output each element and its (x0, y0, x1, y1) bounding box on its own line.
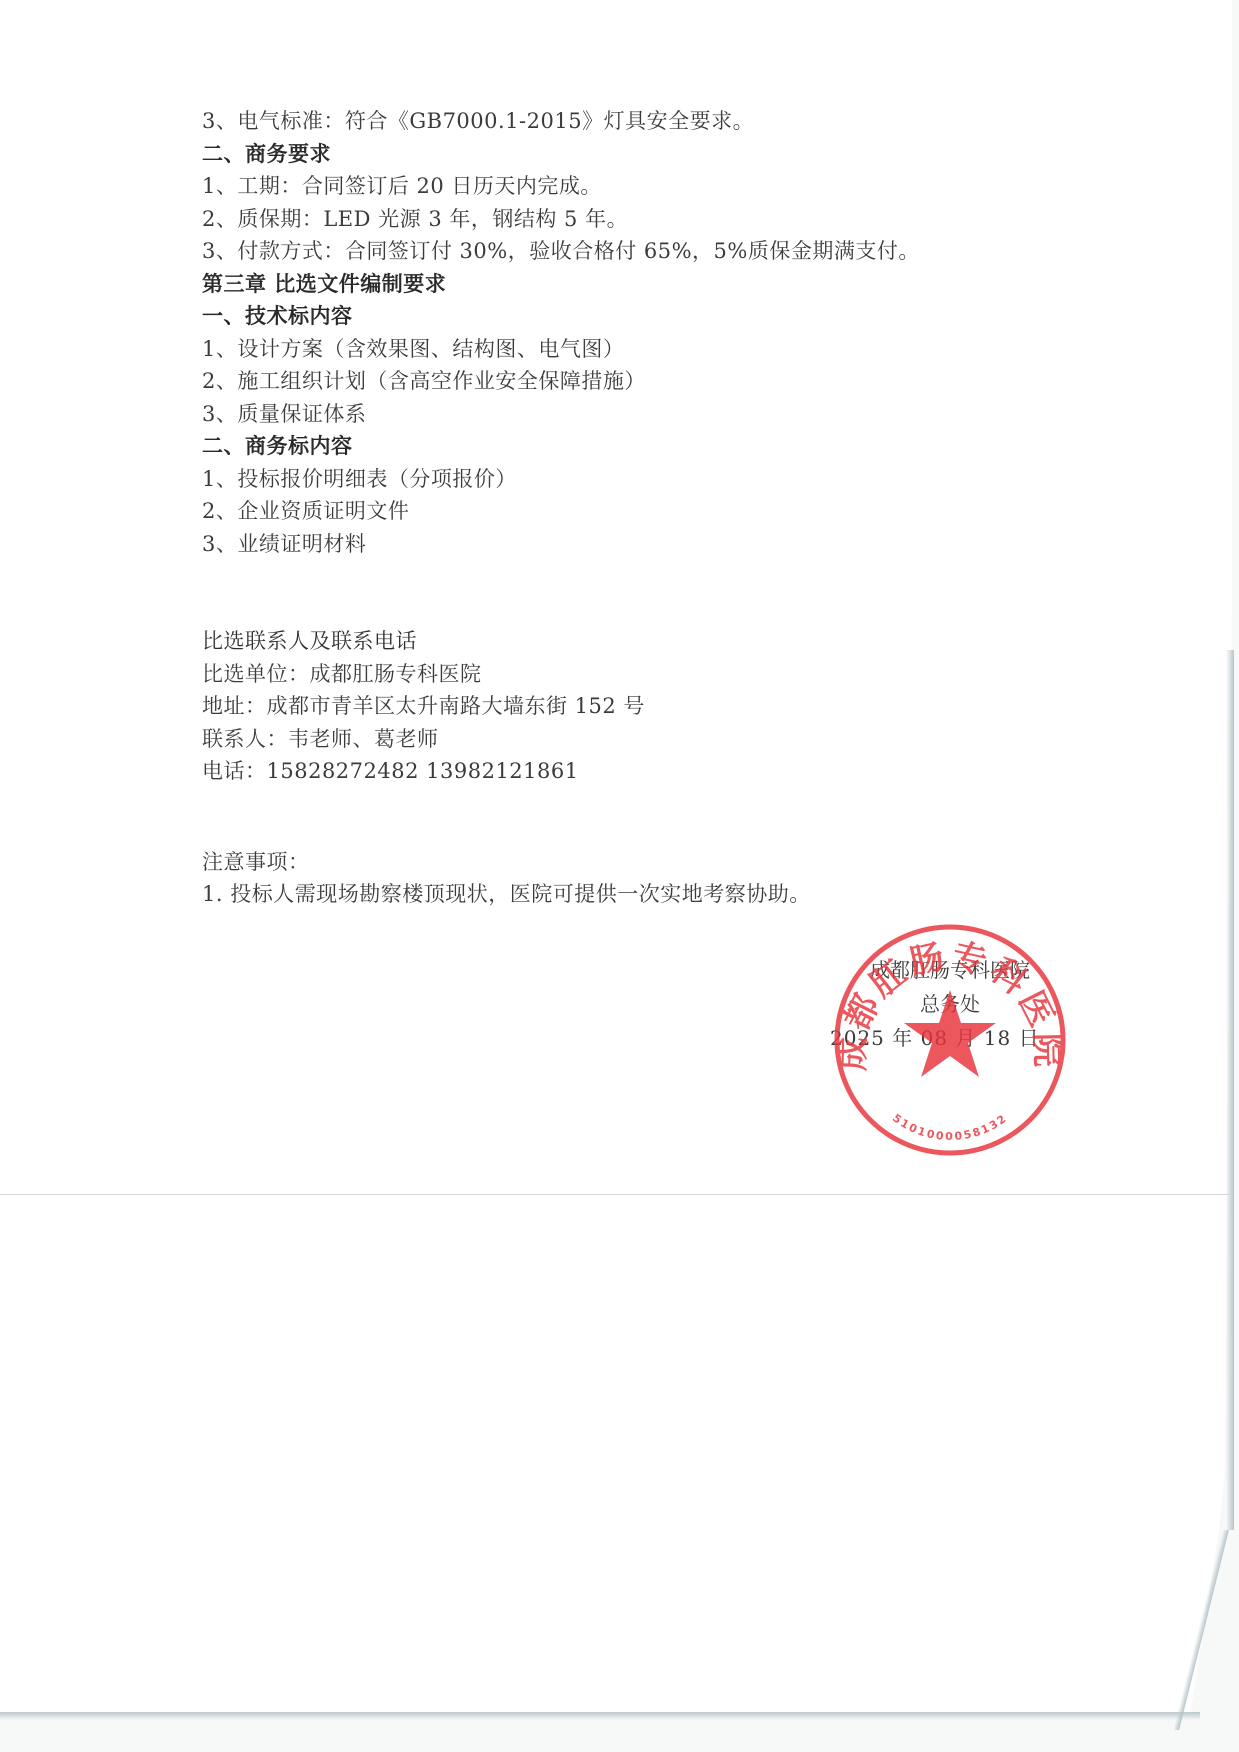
business-item-price-list: 1、投标报价明细表（分项报价） (202, 463, 1102, 496)
contact-phone: 电话：15828272482 13982121861 (202, 755, 1102, 788)
requirement-schedule: 1、工期：合同签订后 20 日历天内完成。 (202, 170, 1102, 203)
signature-department: 总务处 (830, 987, 1070, 1021)
contact-section: 比选联系人及联系电话 比选单位：成都肛肠专科医院 地址：成都市青羊区太升南路大墙… (202, 625, 1102, 788)
section-heading-business-requirements: 二、商务要求 (202, 138, 1102, 171)
requirement-warranty: 2、质保期：LED 光源 3 年，钢结构 5 年。 (202, 203, 1102, 236)
contact-address: 地址：成都市青羊区太升南路大墙东街 152 号 (202, 690, 1102, 723)
signature-date: 2025 年 08 月 18 日 (830, 1021, 1070, 1055)
technical-item-design-plan: 1、设计方案（含效果图、结构图、电气图） (202, 333, 1102, 366)
contact-unit: 比选单位：成都肛肠专科医院 (202, 658, 1102, 691)
notes-title: 注意事项： (202, 846, 1102, 879)
contact-title: 比选联系人及联系电话 (202, 625, 1102, 658)
page-edge-shadow (1226, 650, 1234, 1530)
chapter-heading-bid-documents: 第三章 比选文件编制要求 (202, 268, 1102, 301)
business-item-qualification: 2、企业资质证明文件 (202, 495, 1102, 528)
requirement-payment-terms: 3、付款方式：合同签订付 30%，验收合格付 65%，5%质保金期满支付。 (202, 235, 1102, 268)
business-item-performance: 3、业绩证明材料 (202, 528, 1102, 561)
notes-item: 1. 投标人需现场勘察楼顶现状，医院可提供一次实地考察协助。 (202, 878, 1102, 911)
section-heading-business-bid: 二、商务标内容 (202, 430, 1102, 463)
requirement-electrical-standard: 3、电气标准：符合《GB7000.1-2015》灯具安全要求。 (202, 105, 1102, 138)
document-body: 3、电气标准：符合《GB7000.1-2015》灯具安全要求。 二、商务要求 1… (202, 105, 1102, 911)
scan-fold-line (0, 1194, 1232, 1195)
section-heading-technical-bid: 一、技术标内容 (202, 300, 1102, 333)
notes-section: 注意事项： 1. 投标人需现场勘察楼顶现状，医院可提供一次实地考察协助。 (202, 846, 1102, 911)
technical-item-construction-plan: 2、施工组织计划（含高空作业安全保障措施） (202, 365, 1102, 398)
contact-person: 联系人：韦老师、葛老师 (202, 723, 1102, 756)
technical-item-quality-system: 3、质量保证体系 (202, 398, 1102, 431)
signature-block: 成都肛肠专科医院 总务处 2025 年 08 月 18 日 (830, 953, 1070, 1055)
signature-organization: 成都肛肠专科医院 (830, 953, 1070, 987)
page-bottom-shadow (0, 1712, 1200, 1720)
